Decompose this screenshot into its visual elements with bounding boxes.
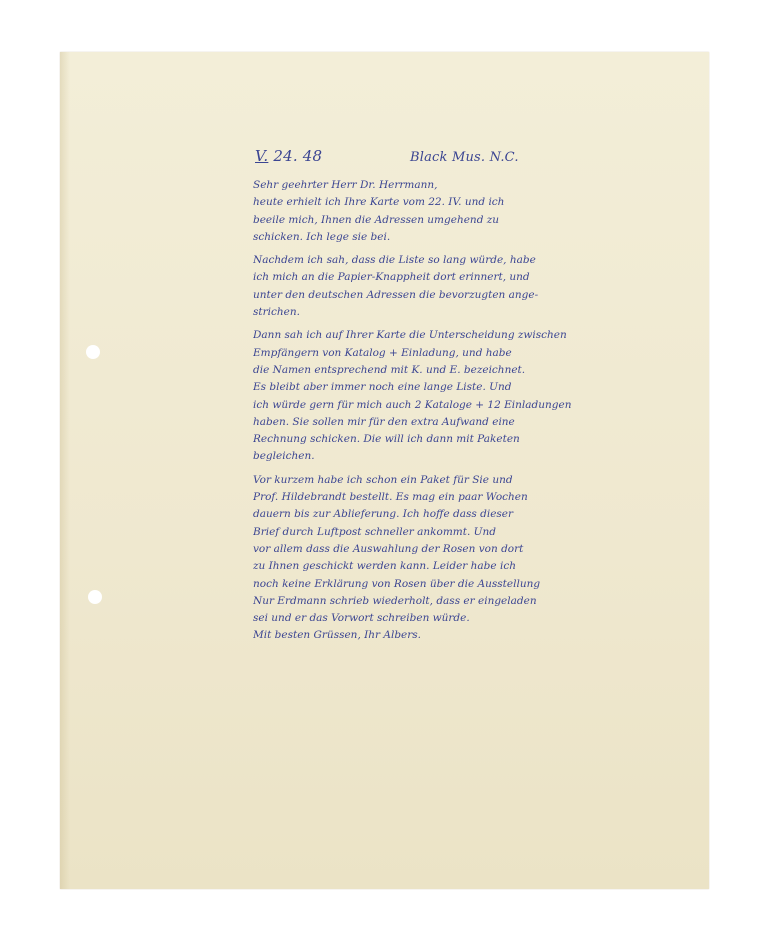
closing: Mit besten Grüssen, Ihr Albers.: [253, 627, 703, 644]
letter-line: Nur Erdmann schrieb wiederholt, dass er …: [253, 593, 703, 610]
letter-line: Es bleibt aber immer noch eine lange Lis…: [253, 379, 703, 396]
letter-line: haben. Sie sollen mir für den extra Aufw…: [253, 414, 703, 431]
letter-line: Empfängern von Katalog + Einladung, und …: [253, 345, 703, 362]
letter-line: vor allem dass die Auswahlung der Rosen …: [253, 541, 703, 558]
letter-line: Rechnung schicken. Die will ich dann mit…: [253, 431, 703, 448]
letter-line: zu Ihnen geschickt werden kann. Leider h…: [253, 558, 703, 575]
letter-line: Prof. Hildebrandt bestellt. Es mag ein p…: [253, 489, 703, 506]
letter-body: Sehr geehrter Herr Dr. Herrmann, heute e…: [253, 177, 703, 645]
letter-line: heute erhielt ich Ihre Karte vom 22. IV.…: [253, 194, 703, 211]
letter-line: noch keine Erklärung von Rosen über die …: [253, 576, 703, 593]
punch-hole: [86, 345, 100, 359]
letter-line: ich würde gern für mich auch 2 Kataloge …: [253, 397, 703, 414]
letter-place: Black Mus. N.C.: [410, 150, 519, 165]
date-day-year: 24. 48: [268, 147, 322, 165]
letter-line: die Namen entsprechend mit K. und E. bez…: [253, 362, 703, 379]
date-month: V.: [255, 147, 268, 165]
letter-line: begleichen.: [253, 448, 703, 465]
letter-line: strichen.: [253, 304, 703, 321]
letter-date: V. 24. 48: [255, 147, 322, 165]
salutation: Sehr geehrter Herr Dr. Herrmann,: [253, 177, 703, 194]
letter-line: sei und er das Vorwort schreiben würde.: [253, 610, 703, 627]
letter-line: beeile mich, Ihnen die Adressen umgehend…: [253, 212, 703, 229]
letter-line: unter den deutschen Adressen die bevorzu…: [253, 287, 703, 304]
letter-line: schicken. Ich lege sie bei.: [253, 229, 703, 246]
letter-paper: V. 24. 48 Black Mus. N.C. Sehr geehrter …: [60, 52, 709, 889]
letter-line: dauern bis zur Ablieferung. Ich hoffe da…: [253, 506, 703, 523]
letter-line: Vor kurzem habe ich schon ein Paket für …: [253, 472, 703, 489]
letter-line: Brief durch Luftpost schneller ankommt. …: [253, 524, 703, 541]
letter-line: ich mich an die Papier-Knappheit dort er…: [253, 269, 703, 286]
letter-line: Nachdem ich sah, dass die Liste so lang …: [253, 252, 703, 269]
letter-line: Dann sah ich auf Ihrer Karte die Untersc…: [253, 327, 703, 344]
punch-hole: [88, 590, 102, 604]
